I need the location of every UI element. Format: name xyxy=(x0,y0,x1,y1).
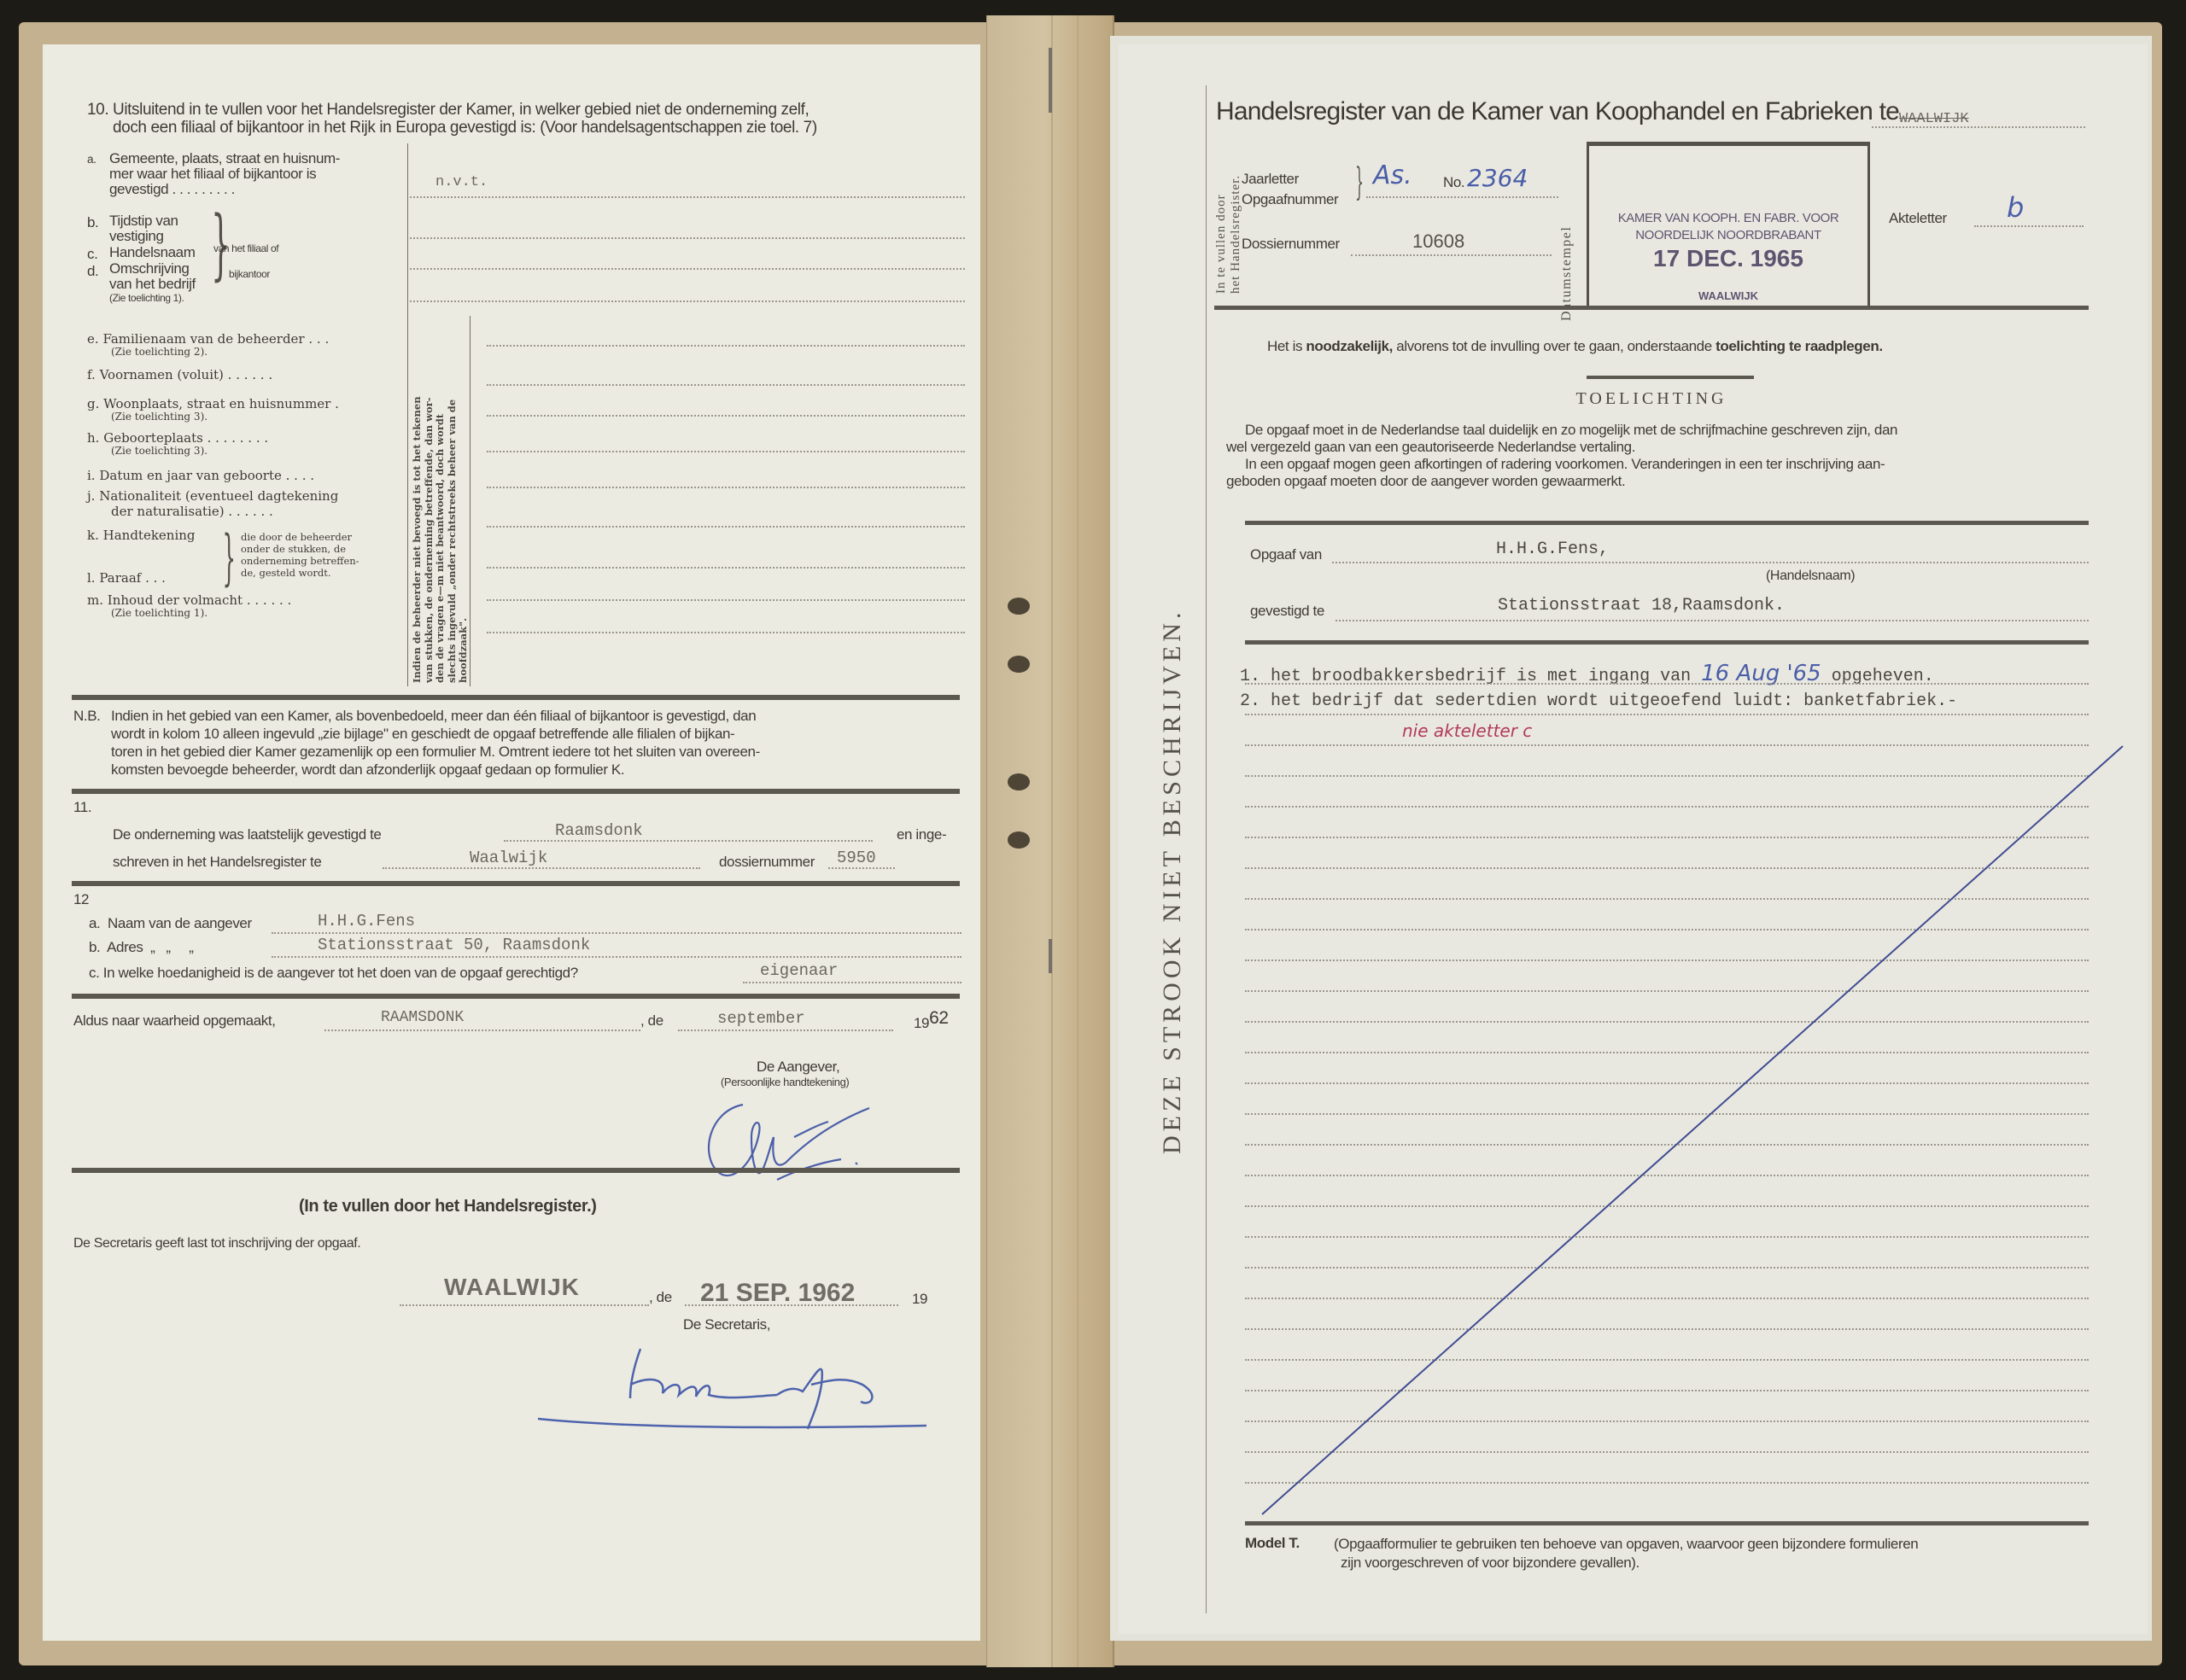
registry-place-stamp: WAALWIJK xyxy=(444,1274,580,1301)
model-description-line2: zijn voorgeschreven of voor bijzondere g… xyxy=(1334,1554,1918,1572)
item-l-field-line xyxy=(487,599,965,601)
closing-place[interactable]: RAAMSDONK xyxy=(381,1009,464,1026)
registry-date-stamp: 21 SEP. 1962 xyxy=(700,1279,855,1308)
item-e-label: Familienaam van de beheerder . . . xyxy=(102,331,329,347)
model-description: (Opgaafformulier te gebruiken ten behoev… xyxy=(1334,1535,1918,1572)
item-a-line3: gevestigd . . . . . . . . . xyxy=(109,182,340,197)
punch-hole-icon xyxy=(1008,598,1030,615)
punch-hole-icon xyxy=(1008,773,1030,790)
strike-out-diagonal-icon xyxy=(1214,44,2145,1632)
section10-number: 10. xyxy=(87,101,108,120)
signature-bottom-rule xyxy=(72,1168,960,1173)
nb-line4: komsten bevoegde beheerder, wordt dan af… xyxy=(111,761,760,779)
item-a-label: Gemeente, plaats, straat en huisnum- mer… xyxy=(109,151,340,197)
item-g-letter: g. xyxy=(87,396,99,411)
item-k-letter: k. xyxy=(87,528,99,543)
item-j-line2: der naturalisatie) . . . . . . xyxy=(111,504,273,519)
item-a-line1: Gemeente, plaats, straat en huisnum- xyxy=(109,151,340,166)
right-form: Handelsregister van de Kamer van Koophan… xyxy=(1214,44,2145,1632)
folder-spine xyxy=(986,15,1114,1667)
closing-year-prefix: 19 xyxy=(914,1015,929,1031)
section12-c-field xyxy=(743,982,961,983)
item-h-label: Geboorteplaats . . . . . . . . xyxy=(103,430,268,446)
section11-line1-suffix: en inge- xyxy=(897,826,946,843)
vnote-line3: den de vragen e—m niet beantwoord, doch … xyxy=(435,396,447,683)
item-m-note: (Zie toelichting 1). xyxy=(111,607,207,619)
declarant-address[interactable]: Stationsstraat 50, Raamsdonk xyxy=(318,936,590,954)
item-a-field-line xyxy=(410,196,965,198)
kl-note-line3: onderneming betreffen- xyxy=(241,555,359,567)
nb-line3: toren in het gebied dier Kamer gezamenli… xyxy=(111,743,760,761)
item-h: h. Geboorteplaats . . . . . . . . xyxy=(87,430,268,446)
nb-bottom-rule xyxy=(72,789,960,794)
nb-text: Indien in het gebied van een Kamer, als … xyxy=(111,707,760,779)
punch-hole-icon xyxy=(1008,831,1030,849)
kl-note-line2: onder de stukken, de xyxy=(241,543,359,555)
model-label: Model T. xyxy=(1245,1535,1300,1552)
closing-year: 1962 xyxy=(914,1012,949,1033)
item-h-note: (Zie toelichting 3). xyxy=(111,445,207,457)
item-j: j. Nationaliteit (eventueel dagtekening xyxy=(87,488,338,504)
registry-place-field xyxy=(400,1304,649,1306)
item-m-field-line xyxy=(487,632,965,633)
item-j-letter: j. xyxy=(87,488,95,504)
item-l-letter: l. xyxy=(87,570,96,586)
section11-line2-label: schreven in het Handelsregister te xyxy=(113,854,321,871)
item-c-field-line xyxy=(410,268,965,270)
item-h-field-line xyxy=(487,451,965,452)
item-f-letter: f. xyxy=(87,367,96,382)
registry-de: , de xyxy=(649,1289,672,1306)
section12-a-label: a. Naam van de aangever xyxy=(89,915,252,932)
nb-line1: Indien in het gebied van een Kamer, als … xyxy=(111,707,760,725)
section11-dossier-label: dossiernummer xyxy=(719,854,815,871)
item-l: l. Paraaf . . . xyxy=(87,570,166,586)
item-d-label: Omschrijving van het bedrijf (Zie toelic… xyxy=(109,261,196,304)
registry-heading: (In te vullen door het Handelsregister.) xyxy=(299,1197,597,1216)
item-d-line2: van het bedrijf xyxy=(109,277,196,292)
vnote-line4: slechts ingevuld „onder rechtstreeks beh… xyxy=(447,396,459,683)
footer-rule xyxy=(1245,1521,2089,1525)
closing-month-field xyxy=(678,1030,893,1031)
section11-number: 11. xyxy=(73,799,91,816)
item-g: g. Woonplaats, straat en huisnummer . xyxy=(87,396,339,411)
declarant-title: De Aangever, xyxy=(757,1059,839,1076)
model-description-line1: (Opgaafformulier te gebruiken ten behoev… xyxy=(1334,1535,1918,1554)
item-bcd-letters: b. xyxy=(87,215,98,230)
bcd-note-line2: bijkantoor xyxy=(229,268,270,280)
closing-month[interactable]: september xyxy=(717,1009,805,1028)
item-e-field-line xyxy=(487,345,965,347)
closing-place-field xyxy=(324,1030,640,1031)
item-a-line2: mer waar het filiaal of bijkantoor is xyxy=(109,166,340,182)
section10-column-divider xyxy=(407,143,408,686)
section10-heading-line1: Uitsluitend in te vullen voor het Handel… xyxy=(113,101,809,120)
binding-strip-line xyxy=(1206,85,1207,1613)
section12-bottom-rule xyxy=(72,994,960,999)
section10-heading-line2: doch een filiaal of bijkantoor in het Ri… xyxy=(113,119,817,137)
vnote-line1: Indien de beheerder niet bevoegd is tot … xyxy=(412,396,424,683)
secretary-title: De Secretaris, xyxy=(683,1316,770,1333)
item-b-line1: Tijdstip van xyxy=(109,213,178,229)
section12-b-field xyxy=(272,956,961,958)
section10-note-divider xyxy=(470,316,471,686)
section12-a-field xyxy=(272,932,961,934)
item-f-field-line xyxy=(487,384,965,386)
item-f-label: Voornamen (voluit) . . . . . . xyxy=(100,367,273,382)
item-f: f. Voornamen (voluit) . . . . . . xyxy=(87,367,272,382)
item-e: e. Familienaam van de beheerder . . . xyxy=(87,331,329,347)
bcd-note-line1: van het filiaal of xyxy=(213,242,278,254)
item-d-line1: Omschrijving xyxy=(109,261,196,277)
item-a-value[interactable]: n.v.t. xyxy=(435,174,488,190)
nb-line2: wordt in kolom 10 alleen ingevuld „zie b… xyxy=(111,725,760,743)
item-e-note: (Zie toelichting 2). xyxy=(111,346,207,358)
closing-year-suffix[interactable]: 62 xyxy=(929,1008,949,1028)
item-k-label: Handtekening xyxy=(103,528,196,543)
item-c-letter: c. xyxy=(87,246,97,263)
section12-number: 12 xyxy=(73,891,89,908)
kl-note: die door de beheerder onder de stukken, … xyxy=(241,531,359,579)
vnote-line2: van stukken, de onderneming betreffende,… xyxy=(424,396,435,683)
item-b-line2: vestiging xyxy=(109,229,178,244)
item-i: i. Datum en jaar van geboorte . . . . xyxy=(87,468,314,483)
item-i-letter: i. xyxy=(87,468,96,483)
item-j-field-line xyxy=(487,526,965,528)
item-i-field-line xyxy=(487,487,965,488)
item-m-letter: m. xyxy=(87,592,103,608)
closing-label: Aldus naar waarheid opgemaakt, xyxy=(73,1012,276,1030)
section10-bottom-rule xyxy=(72,695,960,700)
item-m-label: Inhoud der volmacht . . . . . . xyxy=(108,592,292,608)
item-d-letter: d. xyxy=(87,263,98,280)
binding-strip-warning: DEZE STROOK NIET BESCHRIJVEN. xyxy=(1158,609,1187,1154)
spine-crease xyxy=(1077,15,1078,1667)
left-page: 10. Uitsluitend in te vullen voor het Ha… xyxy=(43,44,980,1641)
item-l-label: Paraaf . . . xyxy=(99,570,166,586)
section11-registry-location[interactable]: Waalwijk xyxy=(470,849,547,867)
item-b-field-line xyxy=(410,237,965,239)
item-k: k. Handtekening xyxy=(87,528,196,543)
item-j-label: Nationaliteit (eventueel dagtekening xyxy=(99,488,338,504)
registry-instruction: De Secretaris geeft last tot inschrijvin… xyxy=(73,1236,360,1251)
section11-bottom-rule xyxy=(72,881,960,886)
item-g-note: (Zie toelichting 3). xyxy=(111,411,207,423)
nb-label: N.B. xyxy=(73,707,100,725)
declarant-capacity[interactable]: eigenaar xyxy=(760,961,838,980)
section12-c-label: c. In welke hoedanigheid is de aangever … xyxy=(89,965,578,982)
kl-brace-icon: } xyxy=(222,528,236,587)
item-g-field-line xyxy=(487,415,965,417)
declarant-name[interactable]: H.H.G.Fens xyxy=(318,912,415,930)
closing-de: , de xyxy=(640,1012,663,1030)
item-e-letter: e. xyxy=(87,331,99,347)
section11-line1-field xyxy=(504,840,873,842)
registry-year-prefix: 19 xyxy=(912,1291,927,1308)
item-a-letter: a. xyxy=(87,153,96,166)
item-i-label: Datum en jaar van geboorte . . . . xyxy=(99,468,314,483)
declarant-signature-icon xyxy=(692,1086,897,1205)
item-b-label: Tijdstip van vestiging xyxy=(109,213,178,244)
secretary-signature-icon xyxy=(521,1333,965,1436)
item-h-letter: h. xyxy=(87,430,99,446)
section12-b-label: b. Adres „ „ „ xyxy=(89,939,194,956)
spine-crease xyxy=(1051,15,1053,1667)
staple-middle-icon xyxy=(1049,939,1052,973)
section11-line1-label: De onderneming was laatstelijk gevestigd… xyxy=(113,826,381,843)
vnote-line5: hoofdzaak". xyxy=(458,396,470,683)
item-b-letter: b. xyxy=(87,215,98,230)
item-d-field-line xyxy=(410,300,965,302)
section11-previous-location[interactable]: Raamsdonk xyxy=(555,821,643,840)
staple-top-icon xyxy=(1049,48,1052,113)
kl-note-line4: de, gesteld wordt. xyxy=(241,567,359,579)
punch-hole-icon xyxy=(1008,656,1030,673)
kl-note-line1: die door de beheerder xyxy=(241,531,359,543)
item-c-label: Handelsnaam xyxy=(109,244,196,261)
item-m: m. Inhoud der volmacht . . . . . . xyxy=(87,592,291,608)
section11-line2-field xyxy=(383,867,700,869)
vertical-management-note: Indien de beheerder niet bevoegd is tot … xyxy=(412,396,470,683)
item-g-label: Woonplaats, straat en huisnummer . xyxy=(103,396,339,411)
item-k-field-line xyxy=(487,567,965,569)
item-d-line3: (Zie toelichting 1). xyxy=(109,292,196,304)
section11-dossier-number[interactable]: 5950 xyxy=(837,849,876,867)
section11-dossier-field xyxy=(828,867,895,869)
